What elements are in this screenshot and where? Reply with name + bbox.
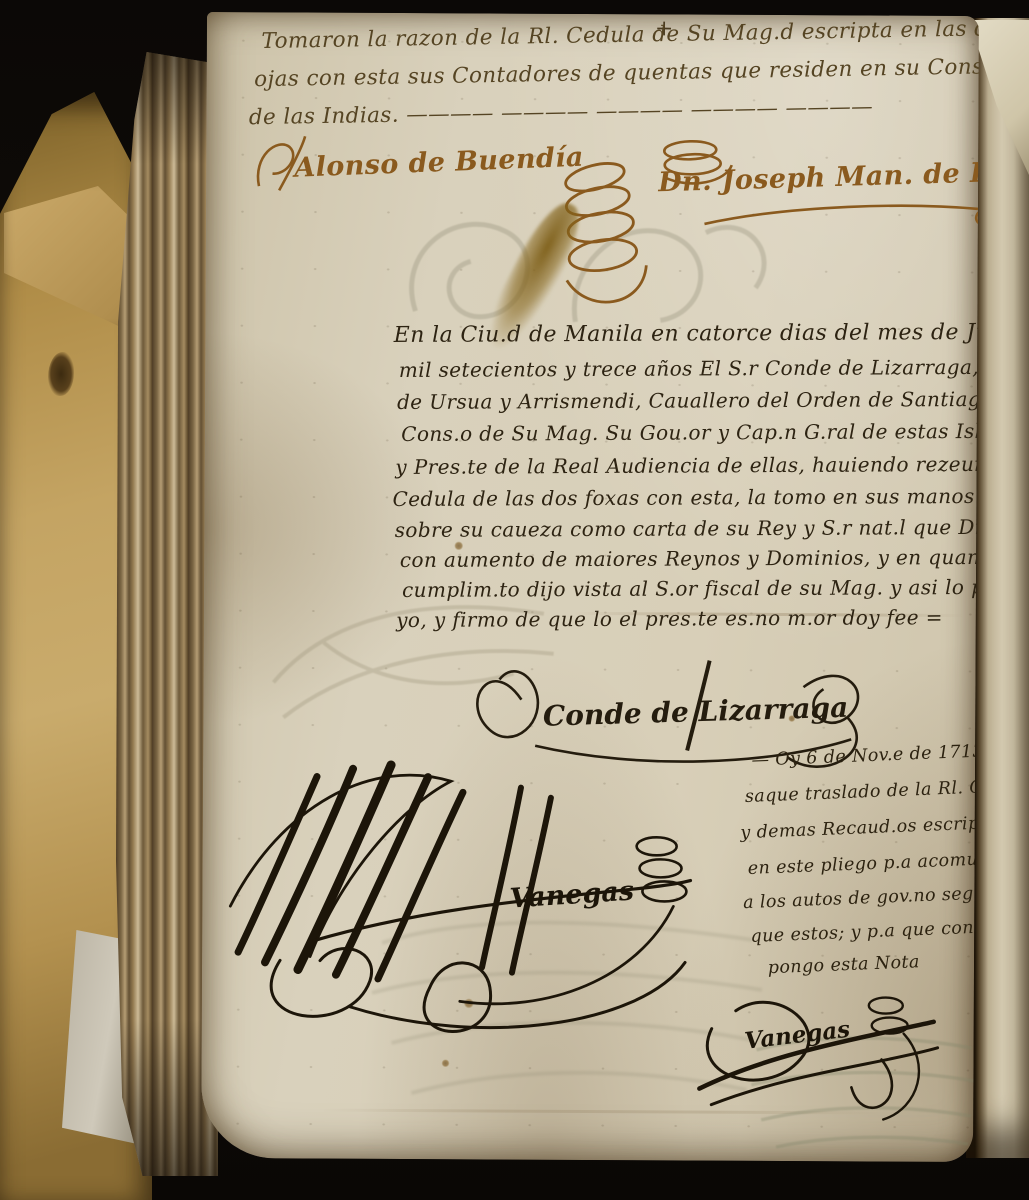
signature-name: Conde de Lizarraga: [543, 691, 849, 733]
annotation-line: Tomaron la razon de la Rl. Cedula de Su …: [261, 16, 979, 54]
note-line: en este pliego p.a acomularlos: [747, 848, 979, 879]
body-line: mil setecientos y trece años El S.r Cond…: [399, 354, 979, 381]
signature-name: Vanegas: [743, 1016, 851, 1055]
body-line: En la Ciu.d de Manila en catorce dias de…: [394, 320, 979, 348]
note-line: que estos; y p.a que conste: [750, 917, 979, 947]
body-line: de Ursua y Arrismendi, Cauallero del Ord…: [397, 387, 979, 414]
signature-name: Alonso de Buendía: [294, 142, 585, 184]
annotation-line: ojas con esta sus Contadores de quentas …: [254, 54, 979, 92]
body-line: yo, y firmo de que lo el pres.te es.no m…: [396, 605, 943, 632]
signature-underline: [699, 191, 979, 250]
contador-signature-right: Dn. Joseph Man. de Liaño: [658, 155, 979, 198]
body-line: con aumento de maiores Reynos y Dominios…: [400, 545, 979, 572]
note-line: y demas Recaud.os escriptos —: [740, 812, 979, 844]
body-line: y Pres.te de la Real Audiencia de ellas,…: [395, 451, 979, 479]
manuscript-photo: + Tomaron la razon de la Rl. Cedula de S…: [0, 0, 1029, 1200]
escribano-rubric-small: Vanegas: [679, 966, 979, 1133]
flourish-strokes: [699, 997, 938, 1120]
manuscript-page: + Tomaron la razon de la Rl. Cedula de S…: [201, 12, 979, 1162]
contador-signature-left: Alonso de Buendía: [294, 142, 585, 184]
body-line: cumplim.to dijo vista al S.or fiscal de …: [402, 575, 979, 602]
body-line: Cons.o de Su Mag. Su Gou.or y Cap.n G.ra…: [401, 418, 979, 446]
body-line: sobre su caueza como carta de su Rey y S…: [395, 514, 979, 542]
escribano-rubric-large: Vanegas: [218, 744, 715, 1042]
flourish-strokes: [663, 140, 732, 184]
body-line: Cedula de las dos foxas con esta, la tom…: [392, 483, 978, 511]
annotation-line: de las Indias. ———— ———— ———— ———— ————: [249, 94, 874, 130]
signature-name: Vanegas: [509, 876, 635, 915]
flourish-strokes: [704, 202, 979, 232]
flourish-strokes: [256, 136, 307, 191]
rubric-flourish: [645, 131, 737, 194]
rubric-flourish: [247, 134, 309, 196]
note-line: a los autos de gov.no segre-: [743, 883, 979, 913]
